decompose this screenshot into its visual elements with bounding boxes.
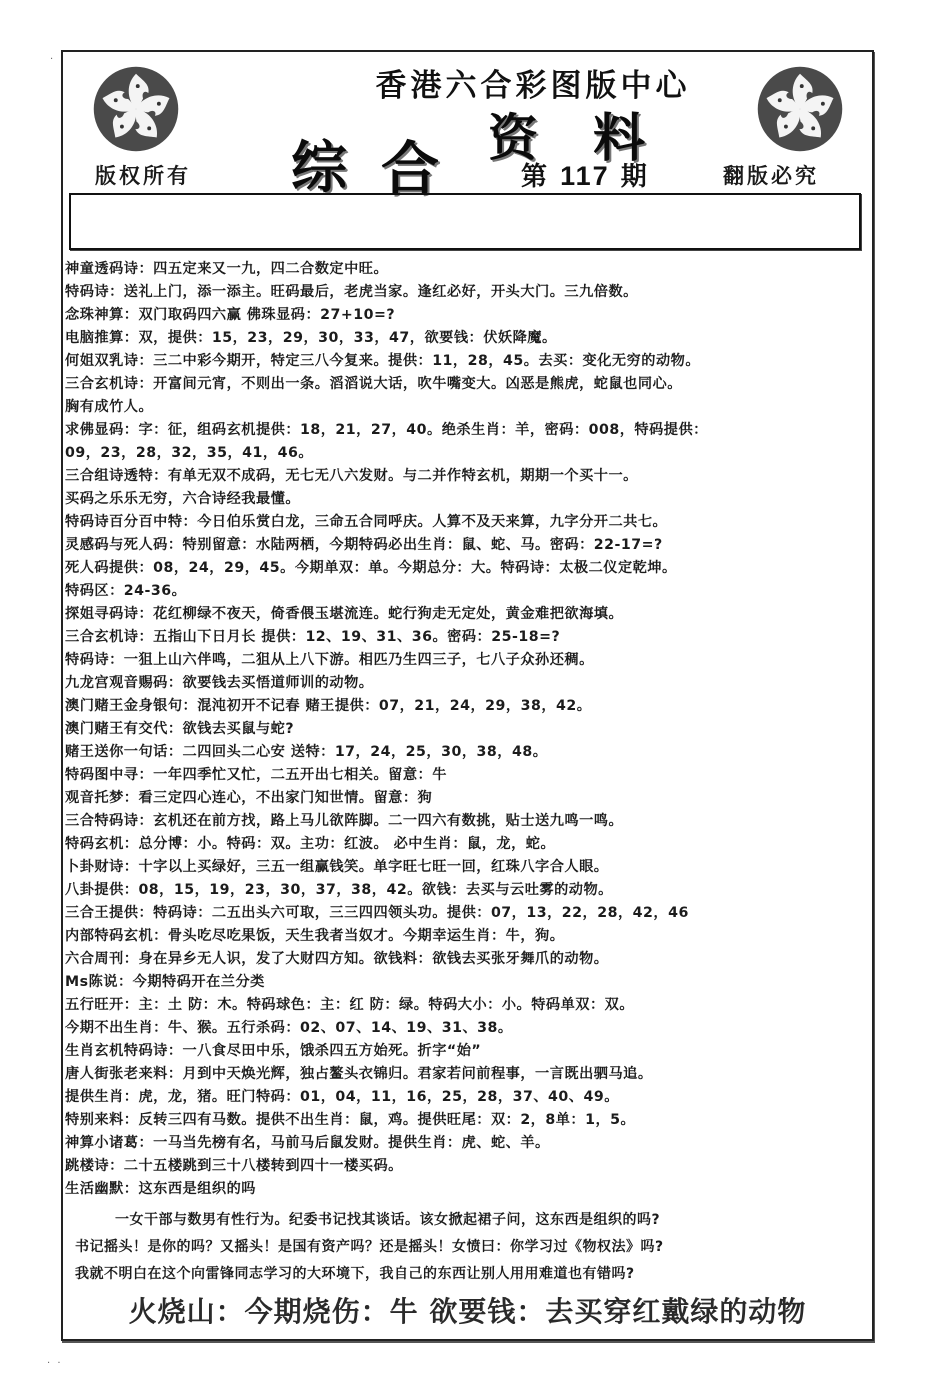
text-line: 澳门赌王有交代：欲钱去买鼠与蛇? — [65, 718, 865, 741]
text-line: 特码诗百分百中特：今日伯乐赏白龙，三命五合同呼庆。人算不及天来算，九字分开二共七… — [65, 511, 865, 534]
text-line: 六合周刊：身在异乡无人识，发了大财四方知。欲钱料：欲钱去买张牙舞爪的动物。 — [65, 948, 865, 971]
text-line: 神算小诸葛：一马当先榜有名，马前马后鼠发财。提供生肖：虎、蛇、羊。 — [65, 1132, 865, 1155]
issue-value: 117 — [560, 161, 610, 191]
text-line: 生肖玄机特码诗：一八食尽田中乐，饿杀四五方始死。折字“始” — [65, 1040, 865, 1063]
humor-line: 一女干部与数男有性行为。纪委书记找其谈话。该女掀起裙子问，这东西是组织的吗? — [65, 1207, 865, 1234]
text-line: 死人码提供：08，24，29，45。今期单双：单。今期总分：大。特码诗：太极二仪… — [65, 557, 865, 580]
text-line: 今期不出生肖：牛、猴。五行杀码：02、07、14、19、31、38。 — [65, 1017, 865, 1040]
text-line: 特码诗：送礼上门，添一添主。旺码最后，老虎当家。逢红必好，开头大门。三九倍数。 — [65, 281, 865, 304]
humor-line: 我就不明白在这个向雷锋同志学习的大环境下，我自己的东西让别人用用难道也有错吗? — [65, 1261, 865, 1288]
text-line: 胸有成竹人。 — [65, 396, 865, 419]
text-line: 探姐寻码诗：花红柳绿不夜天，倚香偎玉堪流连。蛇行狗走无定处，黄金难把欲海填。 — [65, 603, 865, 626]
text-line: 澳门赌王金身银句：混沌初开不记春 赌王提供：07，21，24，29，38，42。 — [65, 695, 865, 718]
text-line: 跳楼诗：二十五楼跳到三十八楼转到四十一楼买码。 — [65, 1155, 865, 1178]
copyright-label: 版权所有 — [95, 160, 191, 190]
text-line: 三合玄机诗：开富间元宵，不则出一条。滔滔说大话，吹牛嘴变大。凶恶是熊虎，蛇鼠也同… — [65, 373, 865, 396]
issue-prefix: 第 — [521, 162, 549, 192]
text-line: 赌王送你一句话：二四回头二心安 送特：17，24，25，30，38，48。 — [65, 741, 865, 764]
humor-paragraph: 一女干部与数男有性行为。纪委书记找其谈话。该女掀起裙子问，这东西是组织的吗? 书… — [65, 1207, 865, 1288]
text-line: 内部特码玄机：骨头吃尽吃果饭，天生我者当奴才。今期幸运生肖：牛，狗。 — [65, 925, 865, 948]
content-lines: 神童透码诗：四五定来又一九，四二合数定中旺。 特码诗：送礼上门，添一添主。旺码最… — [65, 258, 865, 1288]
text-line: 念珠神算：双门取码四六赢 佛珠显码：27+10=? — [65, 304, 865, 327]
masthead-char-1: 综 — [291, 124, 347, 204]
text-line: 灵感码与死人码：特别留意：水陆两栖，今期特码必出生肖：鼠、蛇、马。密码：22-1… — [65, 534, 865, 557]
text-line: 何姐双乳诗：三二中彩今期开，特定三八今复来。提供：11，28，45。去买：变化无… — [65, 350, 865, 373]
text-line: 特码图中寻：一年四季忙又忙，二五开出七相关。留意：牛 — [65, 764, 865, 787]
text-line: 特码诗：一狙上山六伴鸣，二狙从上八下游。相匹乃生四三子，七八子众孙还稠。 — [65, 649, 865, 672]
text-line: 特码区：24-36。 — [65, 580, 865, 603]
text-line: 买码之乐乐无穷，六合诗经我最懂。 — [65, 488, 865, 511]
text-line: Ms陈说：今期特码开在兰分类 — [65, 971, 865, 994]
text-line: 特别来料：反转三四有马数。提供不出生肖：鼠，鸡。提供旺尾：双：2，8单：1，5。 — [65, 1109, 865, 1132]
text-line: 唐人街张老来料：月到中天焕光辉，独占鳌头衣锦归。君家若问前程事，一言既出驷马追。 — [65, 1063, 865, 1086]
text-line: 三合王提供：特码诗：二五出头六可取，三三四四领头功。提供：07，13，22，28… — [65, 902, 865, 925]
text-line: 提供生肖：虎，龙，猪。旺门特码：01，04，11，16，25，28，37、40、… — [65, 1086, 865, 1109]
text-line: 生活幽默：这东西是组织的吗 — [65, 1178, 865, 1201]
page-frame: 香港六合彩图版中心 版权所有 翻版必究 综 合 资 料 第 117 期 神童透码… — [61, 50, 874, 1341]
footer-banner: 火烧山：今期烧伤：牛 欲要钱：去买穿红戴绿的动物 — [63, 1290, 872, 1330]
text-line: 三合玄机诗：五指山下日月长 提供：12、19、31、36。密码：25-18=? — [65, 626, 865, 649]
text-line: 特码玄机：总分博：小。特码：双。主功：红波。 必中生肖：鼠，龙，蛇。 — [65, 833, 865, 856]
text-line: 八卦提供：08，15，19，23，30，37，38，42。欲钱：去买与云吐雾的动… — [65, 879, 865, 902]
text-line: 观音托梦：看三定四心连心，不出家门知世情。留意：狗 — [65, 787, 865, 810]
text-line: 求佛显码：字：征，组码玄机提供：18，21，27，40。绝杀生肖：羊，密码：00… — [65, 419, 865, 442]
text-line: 09，23，28，32，35，41，46。 — [65, 442, 865, 465]
text-line: 三合组诗透特：有单无双不成码，无七无八六发财。与二并作特玄机，期期一个买十一。 — [65, 465, 865, 488]
humor-line: 书记摇头！是你的吗？又摇头！是国有资产吗？还是摇头！女愤曰：你学习过《物权法》吗… — [65, 1234, 865, 1261]
no-reprint-label: 翻版必究 — [723, 160, 819, 190]
blank-banner-box — [69, 193, 861, 250]
text-line: 卜卦财诗：十字以上买绿好，三五一组赢钱笑。单字旺七旺一回，红珠八字合人眼。 — [65, 856, 865, 879]
text-line: 三合特码诗：玄机还在前方找，路上马儿欲阵脚。二一四六有数挑，贴士送九鸣一鸣。 — [65, 810, 865, 833]
issue-number: 第 117 期 — [521, 156, 649, 193]
text-line: 神童透码诗：四五定来又一九，四二合数定中旺。 — [65, 258, 865, 281]
text-line: 电脑推算：双，提供：15，23，29，30，33，47，欲要钱：伏妖降魔。 — [65, 327, 865, 350]
text-line: 五行旺开：主：土 防：木。特码球色：主：红 防：绿。特码大小：小。特码单双：双。 — [65, 994, 865, 1017]
bauhinia-emblem-icon — [92, 65, 180, 153]
decor-dots: · · — [47, 1358, 63, 1369]
text-line: 九龙宫观音赐码：欲要钱去买悟道师训的动物。 — [65, 672, 865, 695]
issue-suffix: 期 — [621, 162, 649, 192]
